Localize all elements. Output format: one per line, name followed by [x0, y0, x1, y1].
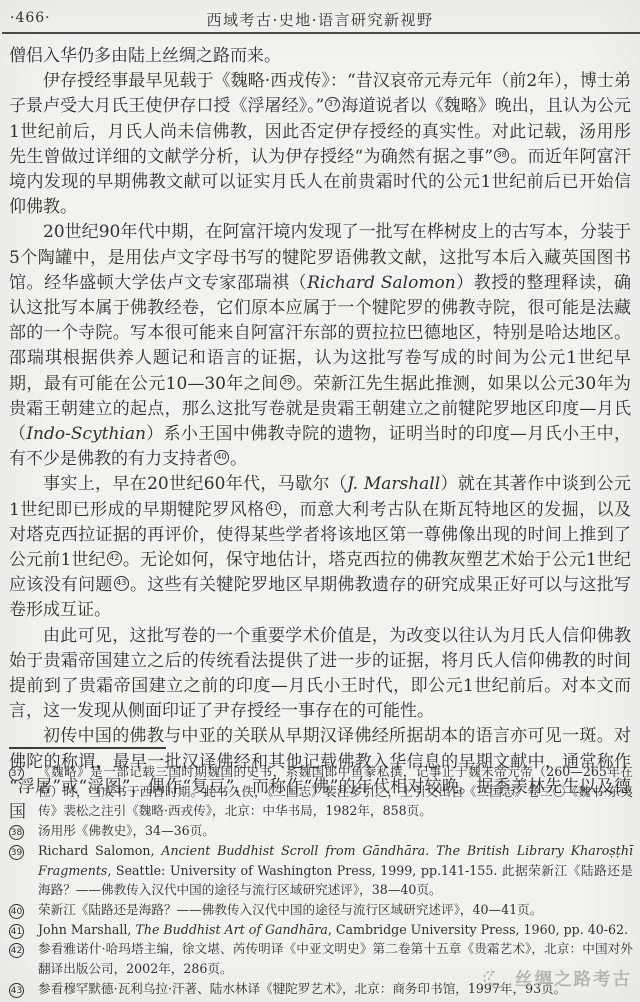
- footnote-number: 37: [9, 766, 24, 781]
- footnote-item: 39Richard Salomon, Ancient Buddhist Scro…: [9, 841, 633, 900]
- text-run: John Marshall,: [38, 922, 135, 937]
- footnote-text: John Marshall, The Buddhist Art of Gandh…: [38, 920, 633, 940]
- book-page: ·466· 西域考古·史地·语言研究新视野 僧侣入华仍多由陆上丝绸之路而来。伊存…: [0, 0, 640, 1002]
- footnote-number-column: 37: [9, 762, 38, 782]
- swirl-logo-icon: [482, 968, 508, 990]
- footnote-ref-41[interactable]: 41: [266, 501, 281, 516]
- footnote-ref-39[interactable]: 39: [280, 375, 295, 390]
- footnote-number-column: 39: [9, 841, 38, 861]
- footnote-divider: [9, 747, 166, 749]
- latin-title-run: Richard Salomon: [307, 273, 456, 293]
- latin-title-run: J. Marshall: [347, 474, 440, 494]
- text-run: Richard Salomon,: [38, 843, 161, 858]
- text-run: 僧侣入华仍多由陆上丝绸之路而来。: [9, 46, 281, 66]
- footnote-ref-40[interactable]: 40: [214, 450, 229, 465]
- footnote-number-column: 43: [9, 979, 38, 999]
- text-run: 汤用彤《佛教史》，34—36页。: [38, 823, 215, 838]
- footnote-text: 《魏略》是一部记载三国时期魏国的史书，系魏国郎中鱼豢私撰，记事止于魏末帝元帝（2…: [38, 762, 633, 821]
- running-title: 西域考古·史地·语言研究新视野: [206, 9, 433, 30]
- footnote-number: 38: [9, 825, 24, 840]
- text-run: 事实上，早在20世纪60年代，马歇尔（: [43, 474, 347, 494]
- paragraph: 由此可见，这批写卷的一个重要学术价值是，为改变以往认为月氏人信仰佛教始于贵霜帝国…: [9, 624, 631, 725]
- page-header: ·466· 西域考古·史地·语言研究新视野: [10, 7, 630, 29]
- paragraph: 事实上，早在20世纪60年代，马歇尔（J. Marshall）就在其著作中谈到公…: [9, 472, 631, 623]
- footnote-item: 37《魏略》是一部记载三国时期魏国的史书，系魏国郎中鱼豢私撰，记事止于魏末帝元帝…: [9, 762, 633, 821]
- footnote-number: 43: [9, 983, 24, 998]
- watermark: 丝绸之路考古: [482, 966, 632, 991]
- text-run: 由此可见，这批写卷的一个重要学术价值是，为改变以往认为月氏人信仰佛教始于贵霜帝国…: [9, 626, 631, 722]
- watermark-text: 丝绸之路考古: [515, 966, 632, 991]
- latin-title-run: Indo-Scythian: [26, 424, 146, 444]
- page-number: ·466·: [10, 10, 51, 26]
- text-run: 荣新江《陆路还是海路？——佛教传入汉代中国的途径与流行区域研究述评》，40—41…: [38, 902, 542, 917]
- paragraph: 伊存授经事最早见载于《魏略·西戎传》：“昔汉哀帝元寿元年（前2年），博士弟子景卢…: [9, 69, 631, 220]
- footnote-text: 荣新江《陆路还是海路？——佛教传入汉代中国的途径与流行区域研究述评》，40—41…: [38, 900, 633, 920]
- footnote-ref-42[interactable]: 42: [107, 551, 122, 566]
- body-text: 僧侣入华仍多由陆上丝绸之路而来。伊存授经事最早见载于《魏略·西戎传》：“昔汉哀帝…: [9, 44, 631, 825]
- footnote-number-column: 40: [9, 900, 38, 920]
- paragraph: 20世纪90年代中期，在阿富汗境内发现了一批写在桦树皮上的古写本，分装于5个陶罐…: [9, 220, 631, 472]
- footnote-number-column: 42: [9, 939, 38, 959]
- footnote-item: 40荣新江《陆路还是海路？——佛教传入汉代中国的途径与流行区域研究述评》，40—…: [9, 900, 633, 920]
- footnote-ref-38[interactable]: 38: [494, 148, 509, 163]
- footnote-text: Richard Salomon, Ancient Buddhist Scroll…: [38, 841, 633, 900]
- footnote-ref-37[interactable]: 37: [325, 97, 340, 112]
- text-run: , Seattle: University of Washington Pres…: [38, 863, 633, 898]
- footnote-ref-43[interactable]: 43: [114, 576, 129, 591]
- paragraph: 僧侣入华仍多由陆上丝绸之路而来。: [9, 44, 631, 69]
- footnote-text: 汤用彤《佛教史》，34—36页。: [38, 821, 633, 841]
- latin-title-run: The Buddhist Art of Gandhāra: [135, 922, 327, 937]
- footnote-item: 38汤用彤《佛教史》，34—36页。: [9, 821, 633, 841]
- footnote-number-column: 38: [9, 821, 38, 841]
- footnote-number: 41: [9, 924, 24, 939]
- text-run: 《魏略》是一部记载三国时期魏国的史书，系魏国郎中鱼豢私撰，记事止于魏末帝元帝（2…: [38, 764, 633, 818]
- footnote-item: 41John Marshall, The Buddhist Art of Gan…: [9, 920, 633, 940]
- footnotes: 37《魏略》是一部记载三国时期魏国的史书，系魏国郎中鱼豢私撰，记事止于魏末帝元帝…: [9, 762, 633, 998]
- text-run: , Cambridge University Press, 1960, pp. …: [328, 922, 628, 937]
- footnote-number: 42: [9, 943, 24, 958]
- text-run: 。: [230, 449, 247, 469]
- footnote-number: 40: [9, 904, 24, 919]
- header-rule: [2, 32, 640, 34]
- footnote-number: 39: [9, 845, 24, 860]
- footnote-number-column: 41: [9, 920, 38, 940]
